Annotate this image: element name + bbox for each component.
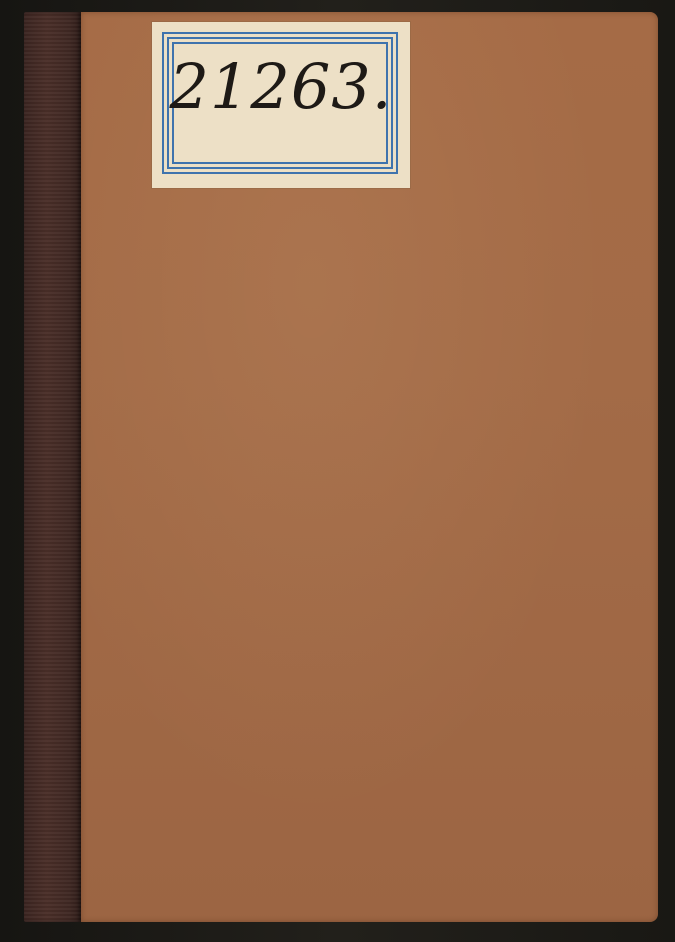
- catalog-label: 21263.: [152, 22, 410, 188]
- catalog-number: 21263.: [152, 50, 410, 123]
- book-spine: [24, 12, 81, 922]
- book: 21263.: [24, 12, 658, 922]
- book-cover: 21263.: [81, 12, 658, 922]
